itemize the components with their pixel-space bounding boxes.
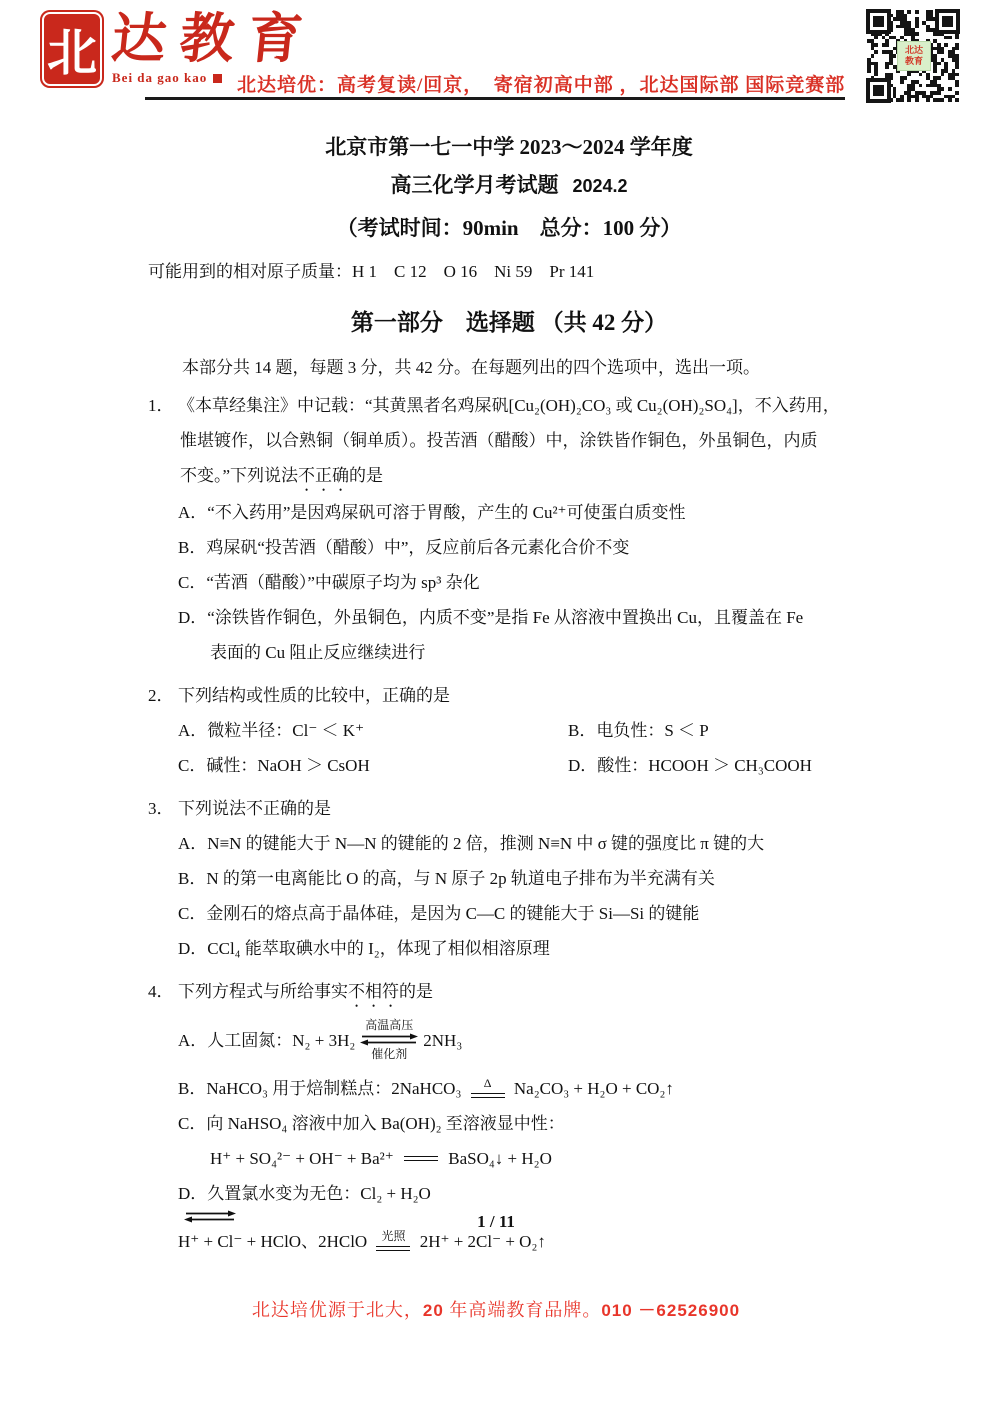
q3-option-d: D．CCl₄ 能萃取碘水中的 I₂，体现了相似相溶原理 (178, 931, 870, 966)
section-heading: 第一部分 选择题 （共 42 分） (148, 306, 870, 340)
q2-number: 2． (148, 678, 178, 713)
q3-option-c: C．金刚石的熔点高于晶体硅，是因为 C—C 的键能大于 Si—Si 的键能 (178, 896, 870, 931)
double-line-icon (471, 1093, 505, 1098)
exam-title-line2: 高三化学月考试题2024.2 (148, 170, 870, 201)
q2-option-b: B．电负性：S ＜ P (568, 713, 709, 748)
question-2: 2．下列结构或性质的比较中，正确的是 A．微粒半径：Cl⁻ ＜ K⁺ B．电负性… (148, 678, 870, 783)
q1-option-c: C．“苦酒（醋酸）”中碳原子均为 sp³ 杂化 (178, 565, 870, 600)
q1-option-b: B．鸡屎矾“投苦酒（醋酸）中”，反应前后各元素化合价不变 (178, 530, 870, 565)
question-1: 1．《本草经集注》中记载：“其黄黑者名鸡屎矾[Cu₂(OH)₂CO₃ 或 Cu₂… (148, 388, 870, 670)
q1-stem-line3: 不变。”下列说法不正确的是 (180, 458, 870, 495)
q1-option-d-cont: 表面的 Cu 阻止反应继续进行 (210, 635, 870, 670)
exam-title-line1: 北京市第一七一中学 2023～2024 学年度 (148, 132, 870, 162)
q2-option-c: C．碱性：NaOH ＞ CsOH (178, 748, 568, 783)
q4-option-c-line2: H⁺ + SO₄²⁻ + OH⁻ + Ba²⁺ BaSO₄↓ + H₂O (210, 1141, 870, 1176)
q4-option-c-line1: C．向 NaHSO₄ 溶液中加入 Ba(OH)₂ 至溶液显中性： (178, 1106, 870, 1141)
q2-option-d: D．酸性：HCOOH ＞ CH₃COOH (568, 748, 812, 783)
atomic-masses: 可能用到的相对原子质量：H 1 C 12 O 16 Ni 59 Pr 141 (148, 260, 870, 284)
footer-slogan: 北达培优源于北大，20 年高端教育品牌。010 －62526900 (0, 1296, 992, 1322)
q2-stem: 2．下列结构或性质的比较中，正确的是 (148, 678, 870, 713)
exam-date: 2024.2 (572, 176, 627, 196)
q3-option-b: B．N 的第一电离能比 O 的高，与 N 原子 2p 轨道电子排布为半充满有关 (178, 861, 870, 896)
exam-paper-page: 北 达教育 Bei da gao kao 北达培优：高考复读/回京， 寄宿初高中… (0, 0, 992, 1402)
q4-stem: 4．下列方程式与所给事实不相符的是 (148, 974, 870, 1011)
double-line-icon (376, 1246, 410, 1251)
light-over-equals: 光照 (376, 1229, 410, 1253)
footer-years: 20 (423, 1301, 444, 1320)
q1-stem-line2: 惟堪镀作，以合熟铜（铜单质）。投苦酒（醋酸）中，涂铁皆作铜色，外虽铜色，内质 (180, 423, 870, 458)
q2-option-a: A．微粒半径：Cl⁻ ＜ K⁺ (178, 713, 568, 748)
q3-option-a: A．N≡N 的键能大于 N—N 的键能的 2 倍，推测 N≡N 中 σ 键的强度… (178, 826, 870, 861)
equilibrium-conditions: 高温高压 催化剂 (360, 1018, 418, 1061)
double-line-icon (404, 1156, 438, 1161)
delta-over-equals: Δ (471, 1076, 505, 1100)
q1-stem-line1: 1．《本草经集注》中记载：“其黄黑者名鸡屎矾[Cu₂(OH)₂CO₃ 或 Cu₂… (148, 388, 870, 423)
section-intro: 本部分共 14 题，每题 3 分，共 42 分。在每题列出的四个选项中，选出一项… (148, 356, 870, 380)
q4-option-a: A．人工固氮：N₂ + 3H₂ 高温高压 催化剂 2NH₃ (178, 1011, 870, 1071)
page-number: 1 / 11 (0, 1212, 992, 1232)
q3-number: 3． (148, 791, 178, 826)
q1-option-d: D．“涂铁皆作铜色，外虽铜色，内质不变”是指 Fe 从溶液中置换出 Cu，且覆盖… (178, 600, 870, 635)
q4-number: 4． (148, 974, 178, 1009)
q4-option-b: B．NaHCO₃ 用于焙制糕点：2NaHCO₃ Δ Na₂CO₃ + H₂O +… (178, 1071, 870, 1106)
footer-phone: 010 －62526900 (601, 1301, 740, 1320)
equilibrium-arrow-icon (360, 1033, 418, 1046)
q3-stem: 3．下列说法不正确的是 (148, 791, 870, 826)
question-3: 3．下列说法不正确的是 A．N≡N 的键能大于 N—N 的键能的 2 倍，推测 … (148, 791, 870, 966)
q1-number: 1． (148, 388, 178, 423)
exam-info: （考试时间：90min 总分：100 分） (148, 213, 870, 244)
q1-option-a: A．“不入药用”是因鸡屎矾可溶于胃酸，产生的 Cu²⁺可使蛋白质变性 (178, 495, 870, 530)
exam-content: 北京市第一七一中学 2023～2024 学年度 高三化学月考试题2024.2 （… (0, 0, 992, 1259)
